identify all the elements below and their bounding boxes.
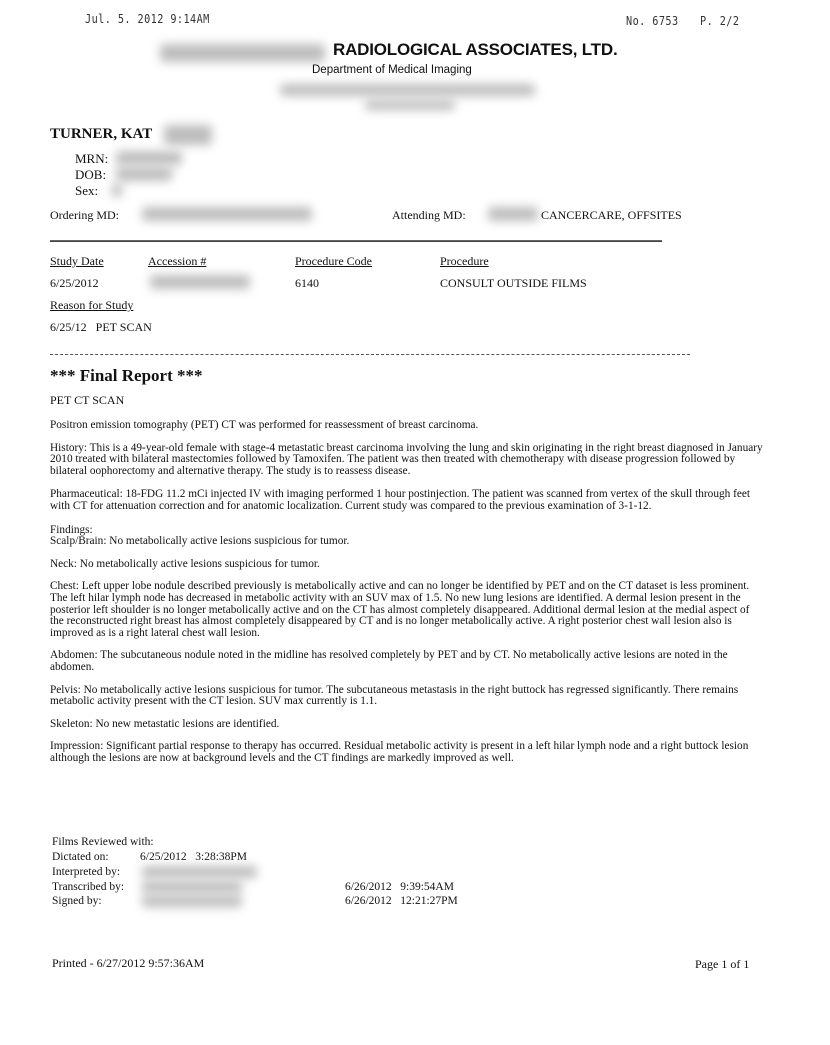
redacted-signed-by <box>142 895 242 907</box>
accession-header: Accession # <box>148 254 206 269</box>
redacted-address-line-2 <box>365 100 455 110</box>
procedure-header: Procedure <box>440 254 489 269</box>
redacted-org-prefix <box>160 44 325 62</box>
mrn-label: MRN: <box>75 151 108 167</box>
fax-datetime: Jul. 5. 2012 9:14AM <box>85 12 210 26</box>
interpreted-label: Interpreted by: <box>52 866 120 879</box>
fax-page: P. 2/2 <box>700 14 739 28</box>
findings-pelvis: Pelvis: No metabolically active lesions … <box>50 685 765 708</box>
dictated-label: Dictated on: <box>52 851 109 864</box>
page-number: Page 1 of 1 <box>695 957 749 972</box>
films-reviewed-label: Films Reviewed with: <box>52 836 154 849</box>
attending-md-value: CANCERCARE, OFFSITES <box>541 208 682 223</box>
reason-label: Reason for Study <box>50 298 133 313</box>
transcribed-value: 6/26/2012 9:39:54AM <box>345 881 454 894</box>
redacted-address-line-1 <box>280 84 535 96</box>
dictated-value: 6/25/2012 3:28:38PM <box>140 851 247 864</box>
department-name: Department of Medical Imaging <box>312 64 472 76</box>
exam-name: PET CT SCAN <box>50 393 124 408</box>
fax-number: No. 6753 <box>626 14 679 28</box>
printed-timestamp: Printed - 6/27/2012 9:57:36AM <box>52 956 204 971</box>
transcribed-label: Transcribed by: <box>52 881 124 894</box>
redacted-attending-md <box>488 207 538 221</box>
redacted-transcribed-by <box>142 881 242 893</box>
impression: Impression: Significant partial response… <box>50 741 765 764</box>
findings-chest: Chest: Left upper lobe nodule described … <box>50 581 765 639</box>
procedure-code-value: 6140 <box>295 276 319 291</box>
findings-abdomen: Abdomen: The subcutaneous nodule noted i… <box>50 650 765 673</box>
sex-label: Sex: <box>75 183 98 199</box>
procedure-value: CONSULT OUTSIDE FILMS <box>440 276 587 291</box>
redacted-patient-name <box>164 125 212 145</box>
patient-name: TURNER, KAT <box>50 126 152 143</box>
report-history: History: This is a 49-year-old female wi… <box>50 443 765 478</box>
report-title: *** Final Report *** <box>50 366 203 386</box>
findings-neck: Neck: No metabolically active lesions su… <box>50 559 765 571</box>
attending-md-label: Attending MD: <box>392 208 466 223</box>
redacted-ordering-md <box>142 207 312 221</box>
report-pharmaceutical: Pharmaceutical: 18-FDG 11.2 mCi injected… <box>50 489 765 512</box>
divider-solid <box>50 240 662 242</box>
reason-value: 6/25/12 PET SCAN <box>50 320 152 335</box>
org-name: RADIOLOGICAL ASSOCIATES, LTD. <box>333 40 617 60</box>
redacted-mrn <box>116 151 182 165</box>
procedure-code-header: Procedure Code <box>295 254 372 269</box>
findings-scalp-brain: Scalp/Brain: No metabolically active les… <box>50 536 765 548</box>
report-body: Positron emission tomography (PET) CT wa… <box>50 420 765 764</box>
redacted-interpreted-by <box>142 866 257 878</box>
study-date-value: 6/25/2012 <box>50 276 99 291</box>
report-intro: Positron emission tomography (PET) CT wa… <box>50 420 765 432</box>
dob-label: DOB: <box>75 167 106 183</box>
signed-label: Signed by: <box>52 895 102 908</box>
redacted-accession <box>150 275 250 289</box>
study-date-header: Study Date <box>50 254 104 269</box>
ordering-md-label: Ordering MD: <box>50 208 119 223</box>
signed-value: 6/26/2012 12:21:27PM <box>345 895 458 908</box>
findings-skeleton: Skeleton: No new metastatic lesions are … <box>50 719 765 731</box>
redacted-sex <box>112 183 122 197</box>
divider-dashed <box>50 354 690 355</box>
redacted-dob <box>116 167 172 181</box>
